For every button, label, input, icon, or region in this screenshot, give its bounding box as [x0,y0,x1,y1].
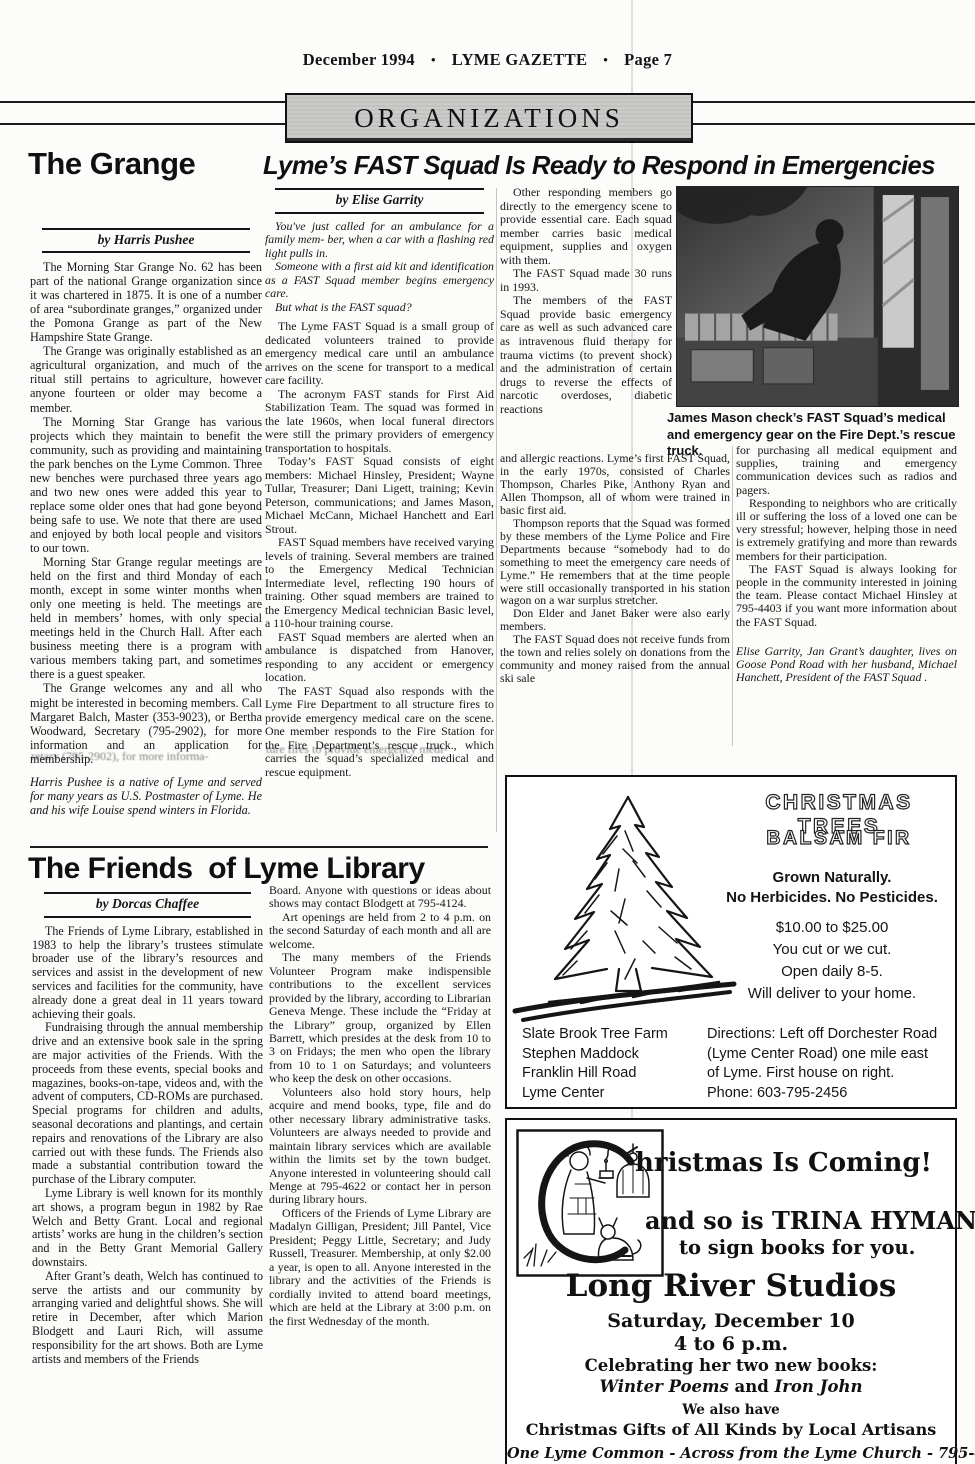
paragraph: Thompson reports that the Squad was form… [500,517,730,608]
book-title: Iron John [775,1377,863,1396]
paragraph: After Grant’s death, Welch has continued… [32,1270,263,1367]
tree-ad-price: $10.00 to $25.00 [712,919,952,936]
long-river-studios-ad: hristmas Is Coming! and so is TRINA HYMA… [505,1118,957,1464]
paragraph: Don Elder and Janet Baker were also earl… [500,607,730,633]
hyman-ad-also: We also have [507,1402,955,1418]
paragraph: Responding to neighbors who are critical… [736,497,957,563]
hyman-ad-headline: hristmas Is Coming! [635,1148,932,1178]
friends-article-column-2: Board. Anyone with questions or ideas ab… [269,884,491,1460]
tree-ad-phone: Phone: 603-795-2456 [707,1084,937,1104]
byline-rule-block: by Harris Pushee [42,228,250,253]
paragraph: The Grange was originally established as… [30,344,262,414]
masthead: December 1994•LYME GAZETTE•Page 7 [0,50,975,70]
fast-squad-photo [676,186,959,407]
fast-article-column-3: for purchasing all medical equipment and… [736,444,957,770]
intro-paragraph: But what is the FAST squad? [265,301,494,315]
byline-rule-block: by Elise Garrity [275,188,484,214]
friends-article-title: The Friends of Lyme Library [28,852,425,886]
tree-ad-road: Franklin Hill Road [522,1064,668,1084]
intro-paragraph: Someone with a first aid kit and identif… [265,260,494,301]
paragraph: The Morning Star Grange has various proj… [30,415,262,555]
tree-ad-farm-name: Slate Brook Tree Farm [522,1025,668,1045]
hyman-ad-line: and so is TRINA HYMAN [645,1206,975,1235]
conjunction: and [729,1377,775,1396]
paragraph: The acronym FAST stands for First Aid St… [265,388,494,456]
paragraph: The Morning Star Grange No. 62 has been … [30,260,262,344]
tree-ad-directions-line: (Lyme Center Road) one mile east [707,1045,937,1065]
hyman-ad-studio-name: Long River Studios [507,1268,955,1304]
friends-article-column-1: by Dorcas Chaffee The Friends of Lyme Li… [32,892,263,1460]
christmas-tree-illustration [507,791,742,1031]
newspaper-page: December 1994•LYME GAZETTE•Page 7 ORGANI… [0,0,975,1464]
intro-paragraph: You've just called for an ambulance for … [265,220,494,261]
author-bio: Elise Garrity, Jan Grant’s daughter, liv… [736,645,957,685]
paragraph: The FAST Squad also responds with the Ly… [265,685,494,780]
paragraph: The FAST Squad made 30 runs in 1993. [500,267,672,294]
masthead-date: December 1994 [303,50,415,69]
friends-byline: by Dorcas Chaffee [96,896,199,911]
section-banner-label: ORGANIZATIONS [354,103,624,134]
paragraph: The Lyme FAST Squad is a small group of … [265,320,494,388]
fast-article-column-2: Other responding members go directly to … [500,186,672,450]
masthead-paper-name: LYME GAZETTE [452,50,588,69]
book-title: Winter Poems [600,1377,729,1396]
paragraph: FAST Squad members have received varying… [265,536,494,631]
hyman-ad-gifts: Christmas Gifts of All Kinds by Local Ar… [507,1420,955,1439]
paragraph: Lyme Library is well known for its month… [32,1187,263,1270]
tree-ad-line: Grown Naturally. [712,869,952,886]
section-divider-rule [30,846,488,848]
tree-ad-directions-line: Directions: Left off Dorchester Road [707,1025,937,1045]
tree-ad-town: Lyme Center [522,1084,668,1104]
tree-ad-line: Will deliver to your home. [712,985,952,1002]
tree-ad-line: You cut or we cut. [712,941,952,958]
tree-ad-line: Open daily 8-5. [712,963,952,980]
byline-rule-block: by Dorcas Chaffee [44,892,251,918]
paragraph: and allergic reactions. Lyme’s first FAS… [500,452,730,517]
section-banner: ORGANIZATIONS [285,93,693,143]
paragraph: The Friends of Lyme Library, established… [32,925,263,1022]
paragraph: Volunteers also hold story hours, help a… [269,1086,491,1207]
tree-ad-owner: Stephen Maddock [522,1045,668,1065]
fast-article-title: Lyme’s FAST Squad Is Ready to Respond in… [263,150,953,181]
tree-ad-subheadline: BALSAM FIR [725,827,953,850]
author-bio: Harris Pushee is a native of Lyme and se… [30,775,262,817]
paragraph: The FAST Squad does not receive funds fr… [500,633,730,685]
hyman-ad-line: to sign books for you. [679,1236,915,1259]
paragraph: Art openings are held from 2 to 4 p.m. o… [269,911,491,951]
paragraph: The FAST Squad is always looking for peo… [736,563,957,629]
hyman-ad-book-titles: Winter Poems and Iron John [507,1377,955,1396]
grange-byline: by Harris Pushee [98,232,195,247]
misprint-ghost-line: ture fires to provide emergency medi- [266,742,495,757]
tree-ad-directions: Directions: Left off Dorchester Road (Ly… [707,1025,937,1103]
paragraph: FAST Squad members are alerted when an a… [265,631,494,685]
masthead-page-number: Page 7 [624,50,672,69]
hyman-ad-celebrating: Celebrating her two new books: [507,1356,955,1375]
paragraph: Board. Anyone with questions or ideas ab… [269,884,491,911]
bullet-icon: • [603,52,608,68]
grange-article-title: The Grange [28,146,195,182]
hyman-ad-time: 4 to 6 p.m. [507,1333,955,1355]
paragraph: Today’s FAST Squad consists of eight mem… [265,455,494,536]
tree-ad-directions-line: of Lyme. First house on right. [707,1064,937,1084]
paragraph: for purchasing all medical equipment and… [736,444,957,497]
paragraph: Morning Star Grange regular meetings are… [30,555,262,681]
paragraph: Fundraising through the annual membershi… [32,1021,263,1187]
bullet-icon: • [431,52,436,68]
tree-ad-contact: Slate Brook Tree Farm Stephen Maddock Fr… [522,1025,668,1103]
tree-ad-line: No Herbicides. No Pesticides. [712,889,952,906]
paragraph: The many members of the Friends Voluntee… [269,951,491,1086]
misprint-ghost-line: retary (795-2902), for more informa- [31,749,263,764]
paragraph: Officers of the Friends of Lyme Library … [269,1207,491,1328]
fast-byline: by Elise Garrity [336,192,424,207]
hyman-ad-address: One Lyme Common - Across from the Lyme C… [507,1445,955,1462]
paragraph: The members of the FAST Squad provide ba… [500,294,672,416]
column-rule [732,446,733,746]
fast-article-column-2-continued: and allergic reactions. Lyme’s first FAS… [500,452,730,744]
column-rule [496,188,497,832]
paragraph: Other responding members go directly to … [500,186,672,267]
christmas-tree-ad: CHRISTMAS TREES BALSAM FIR Grown Natural… [505,775,957,1109]
hyman-ad-date: Saturday, December 10 [507,1310,955,1332]
